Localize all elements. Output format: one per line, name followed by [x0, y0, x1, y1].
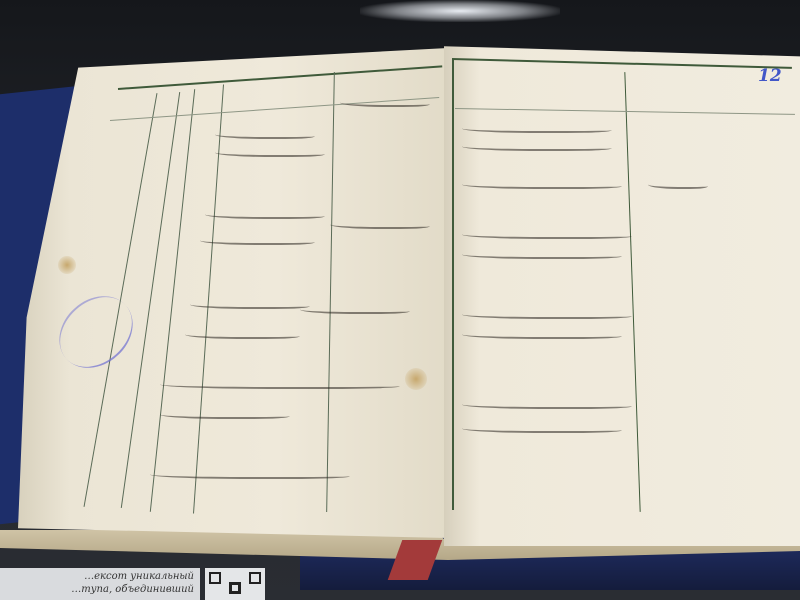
left-page: [18, 48, 448, 538]
handwriting: [160, 380, 400, 389]
handwriting: [648, 180, 708, 189]
handwriting: [462, 424, 622, 433]
handwriting: [462, 250, 622, 259]
handwriting: [330, 220, 430, 229]
handwriting: [462, 310, 632, 319]
handwriting: [462, 330, 622, 339]
handwriting: [462, 400, 632, 409]
handwriting: [185, 330, 300, 339]
handwriting: [205, 210, 325, 219]
handwriting: [340, 98, 430, 107]
handwriting: [462, 230, 632, 239]
right-border-line: [452, 60, 454, 510]
stain: [405, 368, 427, 390]
handwriting: [190, 300, 310, 309]
light-glare: [360, 0, 560, 22]
handwriting: [200, 236, 315, 245]
handwriting: [462, 142, 612, 151]
handwriting: [150, 470, 350, 479]
handwriting: [462, 124, 612, 133]
page-number: 12: [758, 66, 782, 86]
handwriting: [300, 305, 410, 314]
handwriting: [215, 148, 325, 157]
qr-code[interactable]: [205, 568, 265, 600]
handwriting: [215, 130, 315, 139]
exhibit-label-line: …тупа, объединивший: [6, 583, 194, 596]
stain: [58, 256, 76, 274]
exhibit-label: …ексот уникальный …тупа, объединивший: [0, 568, 200, 600]
handwriting: [462, 180, 622, 189]
exhibit-label-line: …ексот уникальный: [6, 570, 194, 583]
handwriting: [160, 410, 290, 419]
